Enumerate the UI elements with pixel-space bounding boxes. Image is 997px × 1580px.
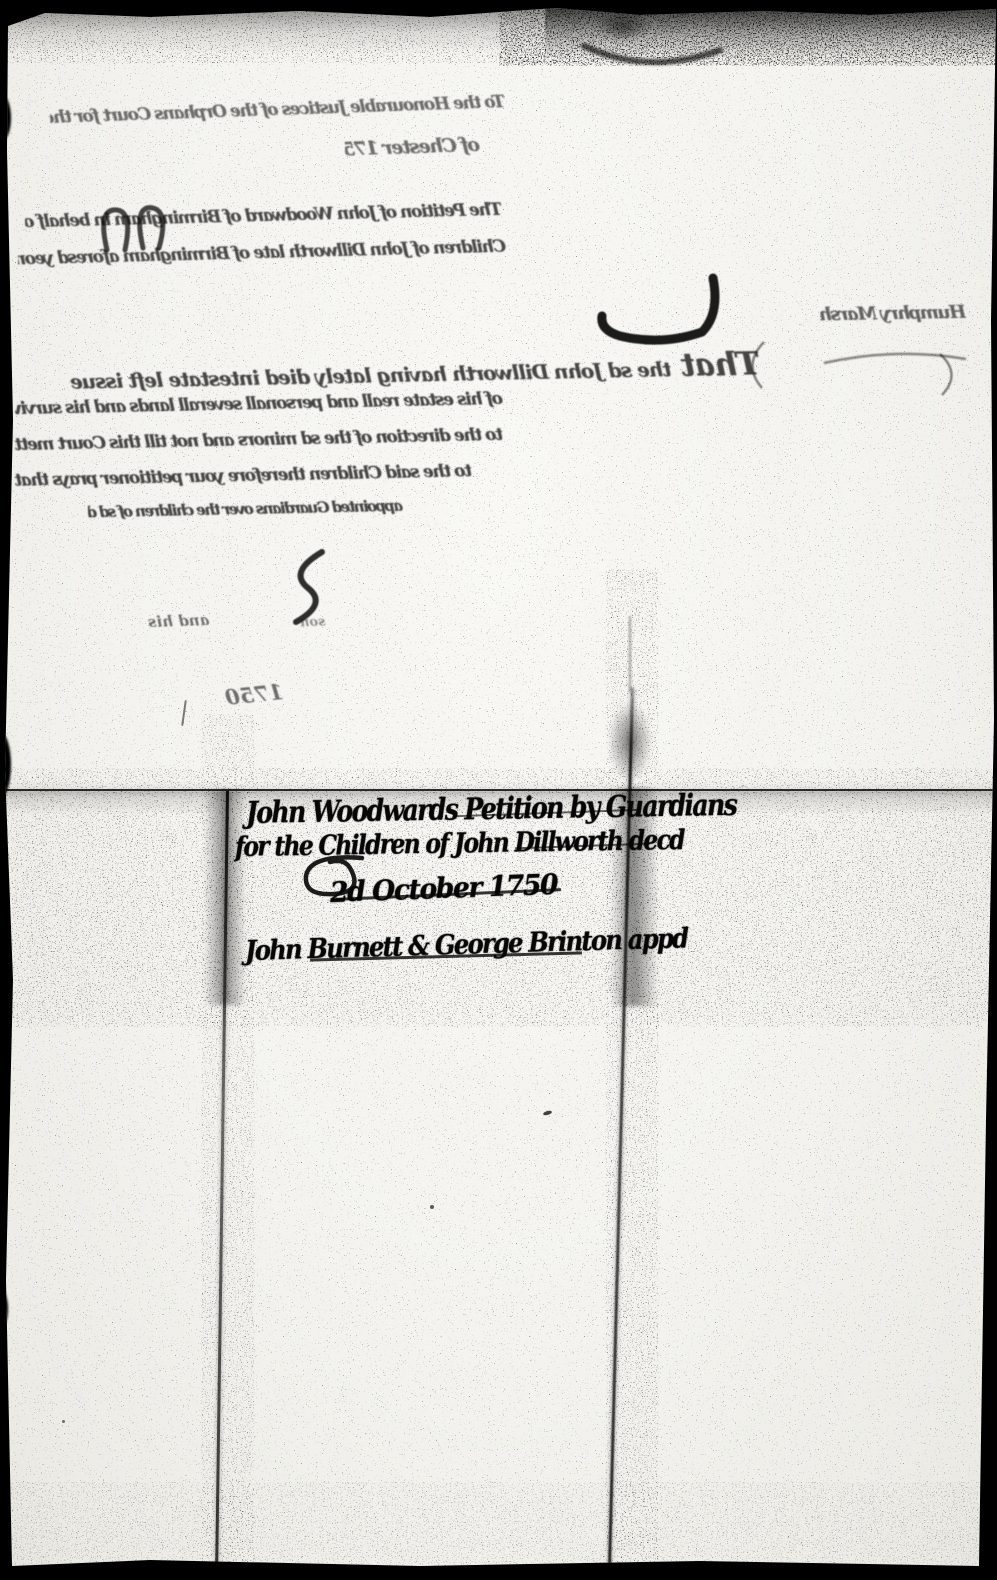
top-smudge-band <box>0 6 997 54</box>
bleedthrough-small-mark-3: 1750 <box>224 679 285 710</box>
bleedthrough-body-line-1: Thatthe sd John Dillworth having lately … <box>15 344 761 398</box>
ink-dash <box>181 700 187 726</box>
fold-junction-smudge <box>600 686 660 798</box>
bleedthrough-address-line-2: of Chester 1750 <box>345 134 481 161</box>
bleedthrough-body-line-1-text: the sd John Dillworth having lately died… <box>71 357 672 394</box>
bleedthrough-small-mark-2: son <box>300 615 326 631</box>
bleedthrough-petition-line-1: The Petition of John Woodward of Birming… <box>25 200 502 232</box>
top-right-smudge-band <box>545 6 997 60</box>
edge-blob <box>0 1290 8 1328</box>
bleedthrough-body-line-5: appointed Guardians over the children of… <box>88 497 403 522</box>
bleedthrough-small-mark-1: and his <box>148 611 210 631</box>
bleedthrough-body-line-3: to the direction of the sd minors and no… <box>15 425 503 455</box>
vertical-fold-tip <box>629 616 631 692</box>
fold-shading-left <box>204 790 246 1005</box>
paper-sheet: To the Honourable Justices of the Orphan… <box>0 0 997 1580</box>
bleedthrough-lead-word: That <box>681 344 760 384</box>
ink-dot <box>543 1110 553 1116</box>
endorsement-date-line: 2d October 1750 <box>329 868 557 909</box>
bleedthrough-paren-mark-right <box>938 352 963 397</box>
ink-dot <box>430 1205 434 1209</box>
bleedthrough-petition-line-2: Children of John Dillworth late of Birmi… <box>18 237 506 270</box>
edge-blob <box>0 733 11 797</box>
edge-blob <box>0 95 11 141</box>
bleedthrough-signature: Humphry Marshall <box>820 302 966 326</box>
top-ink-smudge <box>586 4 660 48</box>
vertical-fold-line-left <box>215 791 229 1571</box>
top-swoosh-mark <box>578 30 728 80</box>
scanned-document: To the Honourable Justices of the Orphan… <box>0 0 997 1580</box>
bleedthrough-signature-underline <box>820 345 970 370</box>
ink-dot <box>62 1420 65 1423</box>
bleedthrough-address-line-1: To the Honourable Justices of the Orphan… <box>50 92 505 128</box>
horizontal-fold-line <box>0 789 997 791</box>
bleedthrough-body-line-4: to the said Children therefore your peti… <box>15 461 472 491</box>
